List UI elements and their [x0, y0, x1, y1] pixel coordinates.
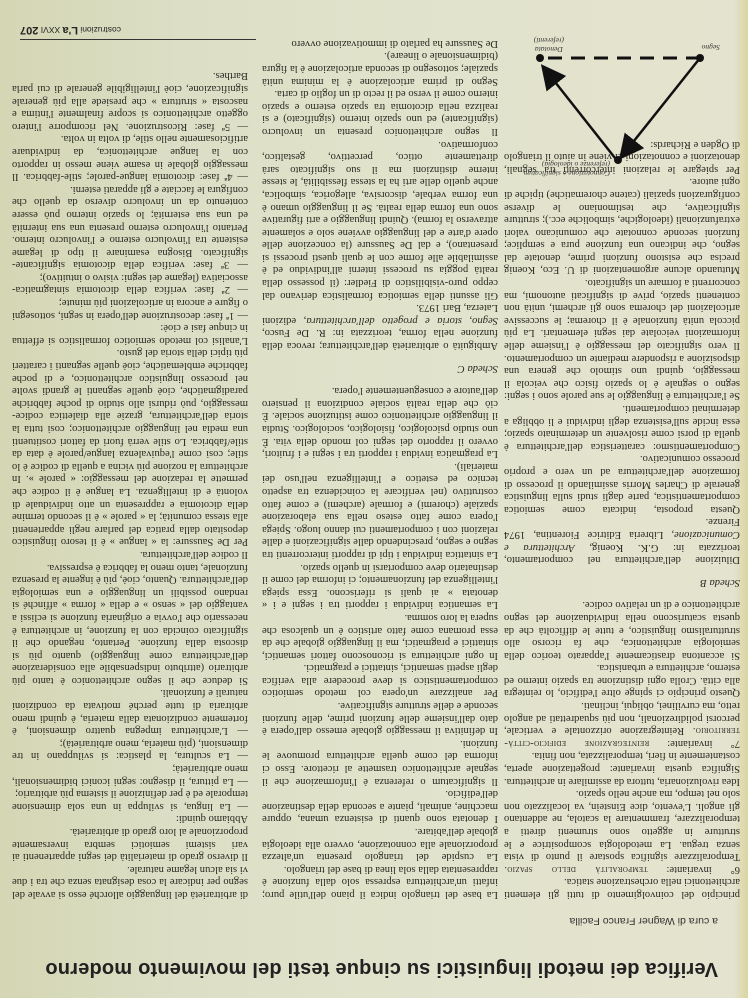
section-name: costruzioni: [80, 25, 121, 35]
running-footer: costruzioni L'a XXVI 207: [20, 24, 256, 40]
invariant-label: 7° invariante:: [667, 738, 740, 749]
section-heading-scheda-c: Scheda C: [262, 361, 498, 374]
label-connotazione: Connotazione o significatum (referenze o…: [524, 160, 610, 178]
node-segno: [696, 54, 704, 62]
paragraph: Per De Saussure: la « langue » è il teso…: [12, 346, 248, 548]
node-denotata: [536, 54, 544, 62]
connotazione-text: Connotazione o significatum: [524, 169, 610, 178]
paragraph: La pragmatica invidua i rapporti tra i s…: [262, 384, 498, 460]
book-title: Segno, storia e progetto dell'architettu…: [304, 315, 498, 326]
list-item: — La lingua, si sviluppa in una sola dim…: [12, 787, 248, 812]
invariant-7: 7° invariante: reintegrazione edificio-c…: [504, 699, 740, 749]
article-title: Verifica dei metodi linguistici su cinqu…: [18, 957, 718, 986]
invariant-text: Temporalizzare significa spostare il pun…: [504, 788, 740, 862]
triangle-svg: [504, 38, 740, 178]
paragraph: La base del triangolo indica il piano de…: [262, 862, 498, 900]
invariant-label: 6° invariante:: [666, 864, 740, 875]
denotata-subtext: (referenti): [534, 36, 564, 45]
paragraph: Questo principio ci spinge oltre l'edifi…: [504, 661, 740, 699]
list-item: — La pittura, il disegno: segni iconici …: [12, 761, 248, 786]
paragraph: Segno di prima articolazione è la minima…: [262, 49, 498, 87]
paragraph: In definitiva il messaggio globale emess…: [262, 699, 498, 737]
paragraph: Idea rivoluzionaria, tuttora da assimila…: [504, 749, 740, 787]
article-byline: a cura di Wagner Franco Facilla: [18, 915, 718, 927]
paragraph: Il codice dell'architettura.: [12, 547, 248, 560]
paragraph: Comportamentismo: caratteristica dell'ar…: [504, 401, 740, 451]
column-left: principio del coinvolgimento di tutti gl…: [504, 137, 740, 900]
paragraph: La sintattica individua i tipi di rappor…: [262, 459, 498, 560]
list-item: — 2ª fase: verifica della dicotomia sint…: [12, 270, 248, 295]
label-segno: Segno: [702, 43, 720, 52]
volume-number: XXVI: [41, 25, 60, 35]
paragraph: In ogni architettura si riconoscono fatt…: [262, 610, 498, 660]
arrow-segno-to-connotazione: [622, 58, 700, 156]
paragraph: di arbitrarietà del linguaggio allorché …: [12, 862, 248, 900]
paragraph: La semantica individua i rapporti tra i …: [262, 560, 498, 610]
list-item: — 1ª fase: decostruzione dell'opera in s…: [12, 296, 248, 321]
page-number: 207: [20, 24, 38, 36]
paragraph: Si deduce che il segno architettonico è …: [12, 560, 248, 686]
paragraph: Il diverso grado di materialità dei segn…: [12, 824, 248, 862]
article-header: Verifica dei metodi linguistici su cinqu…: [18, 915, 718, 986]
column-right: di arbitrarietà del linguaggio allorché …: [12, 69, 248, 900]
label-denotata: Denotata (referenti): [534, 36, 564, 54]
invariant-6: 6° invariante: temporalità dello spazio.…: [504, 787, 740, 875]
denotata-text: Denotata: [534, 45, 564, 54]
invariant-name: temporalità dello spazio.: [504, 864, 648, 875]
paragraph: Per analizzare un'opera col metodo semio…: [262, 661, 498, 699]
paragraph: Il significatum o referenza è l'informaz…: [262, 736, 498, 786]
paragraph: Questa proposta, indicata come semiotica…: [504, 452, 740, 515]
paragraph: Si accantona drasticamente l'apparato te…: [504, 598, 740, 661]
arrow-connotazione-to-denotata: [544, 68, 615, 158]
paragraph: Gli assunti della semiotica formalistica…: [262, 137, 498, 301]
column-middle: La base del triangolo indica il piano de…: [262, 36, 498, 900]
section-heading-scheda-b: Scheda B: [504, 575, 740, 588]
paragraph: Mutuando alcune argomentazioni di U. Eco…: [504, 175, 740, 276]
node-connotazione: [614, 156, 622, 164]
ogden-richards-triangle-diagram: Segno Denotata (referenti) Connotazione …: [504, 38, 740, 178]
list-item: — 3ª fase: verifica della dicotomia sign…: [12, 182, 248, 270]
magazine-page: Verifica dei metodi linguistici su cinqu…: [0, 0, 748, 998]
paragraph: I denotata sono quanti di esistenza uman…: [262, 787, 498, 825]
paragraph: Se l'architettura è linguaggio le sue pa…: [504, 276, 740, 402]
paragraph: Diluizione dell'architettura nel comport…: [504, 515, 740, 565]
paragraph: De Saussure ha parlato di immotivazione …: [262, 36, 498, 49]
paragraph: Abbiamo quindi:: [12, 812, 248, 825]
paragraph: La cuspide del triangolo presenta un'alt…: [262, 824, 498, 862]
list-item: — L'architettura impegna quattro dimensi…: [12, 686, 248, 736]
text-span: Ambiguità o arbitrarietà dell'architettu…: [262, 327, 498, 351]
magazine-logo: L'a: [62, 24, 77, 36]
connotazione-subtext: (referenze o ideologia): [524, 160, 610, 169]
list-item: — 4ª fase: dicotomia langue-parole; stil…: [12, 132, 248, 182]
paragraph: Il segno architettonico presenta un invo…: [262, 87, 498, 137]
list-item: — 5ª fase: Ricostruzione. Nel ricomporre…: [12, 69, 248, 132]
paragraph: principio del coinvolgimento di tutti gl…: [504, 875, 740, 900]
paragraph: L'analisi col metodo semiotico formalist…: [12, 321, 248, 346]
list-item: — La scultura, la plastica: si sviluppan…: [12, 736, 248, 761]
paragraph: Ambiguità o arbitrarietà dell'architettu…: [262, 301, 498, 351]
